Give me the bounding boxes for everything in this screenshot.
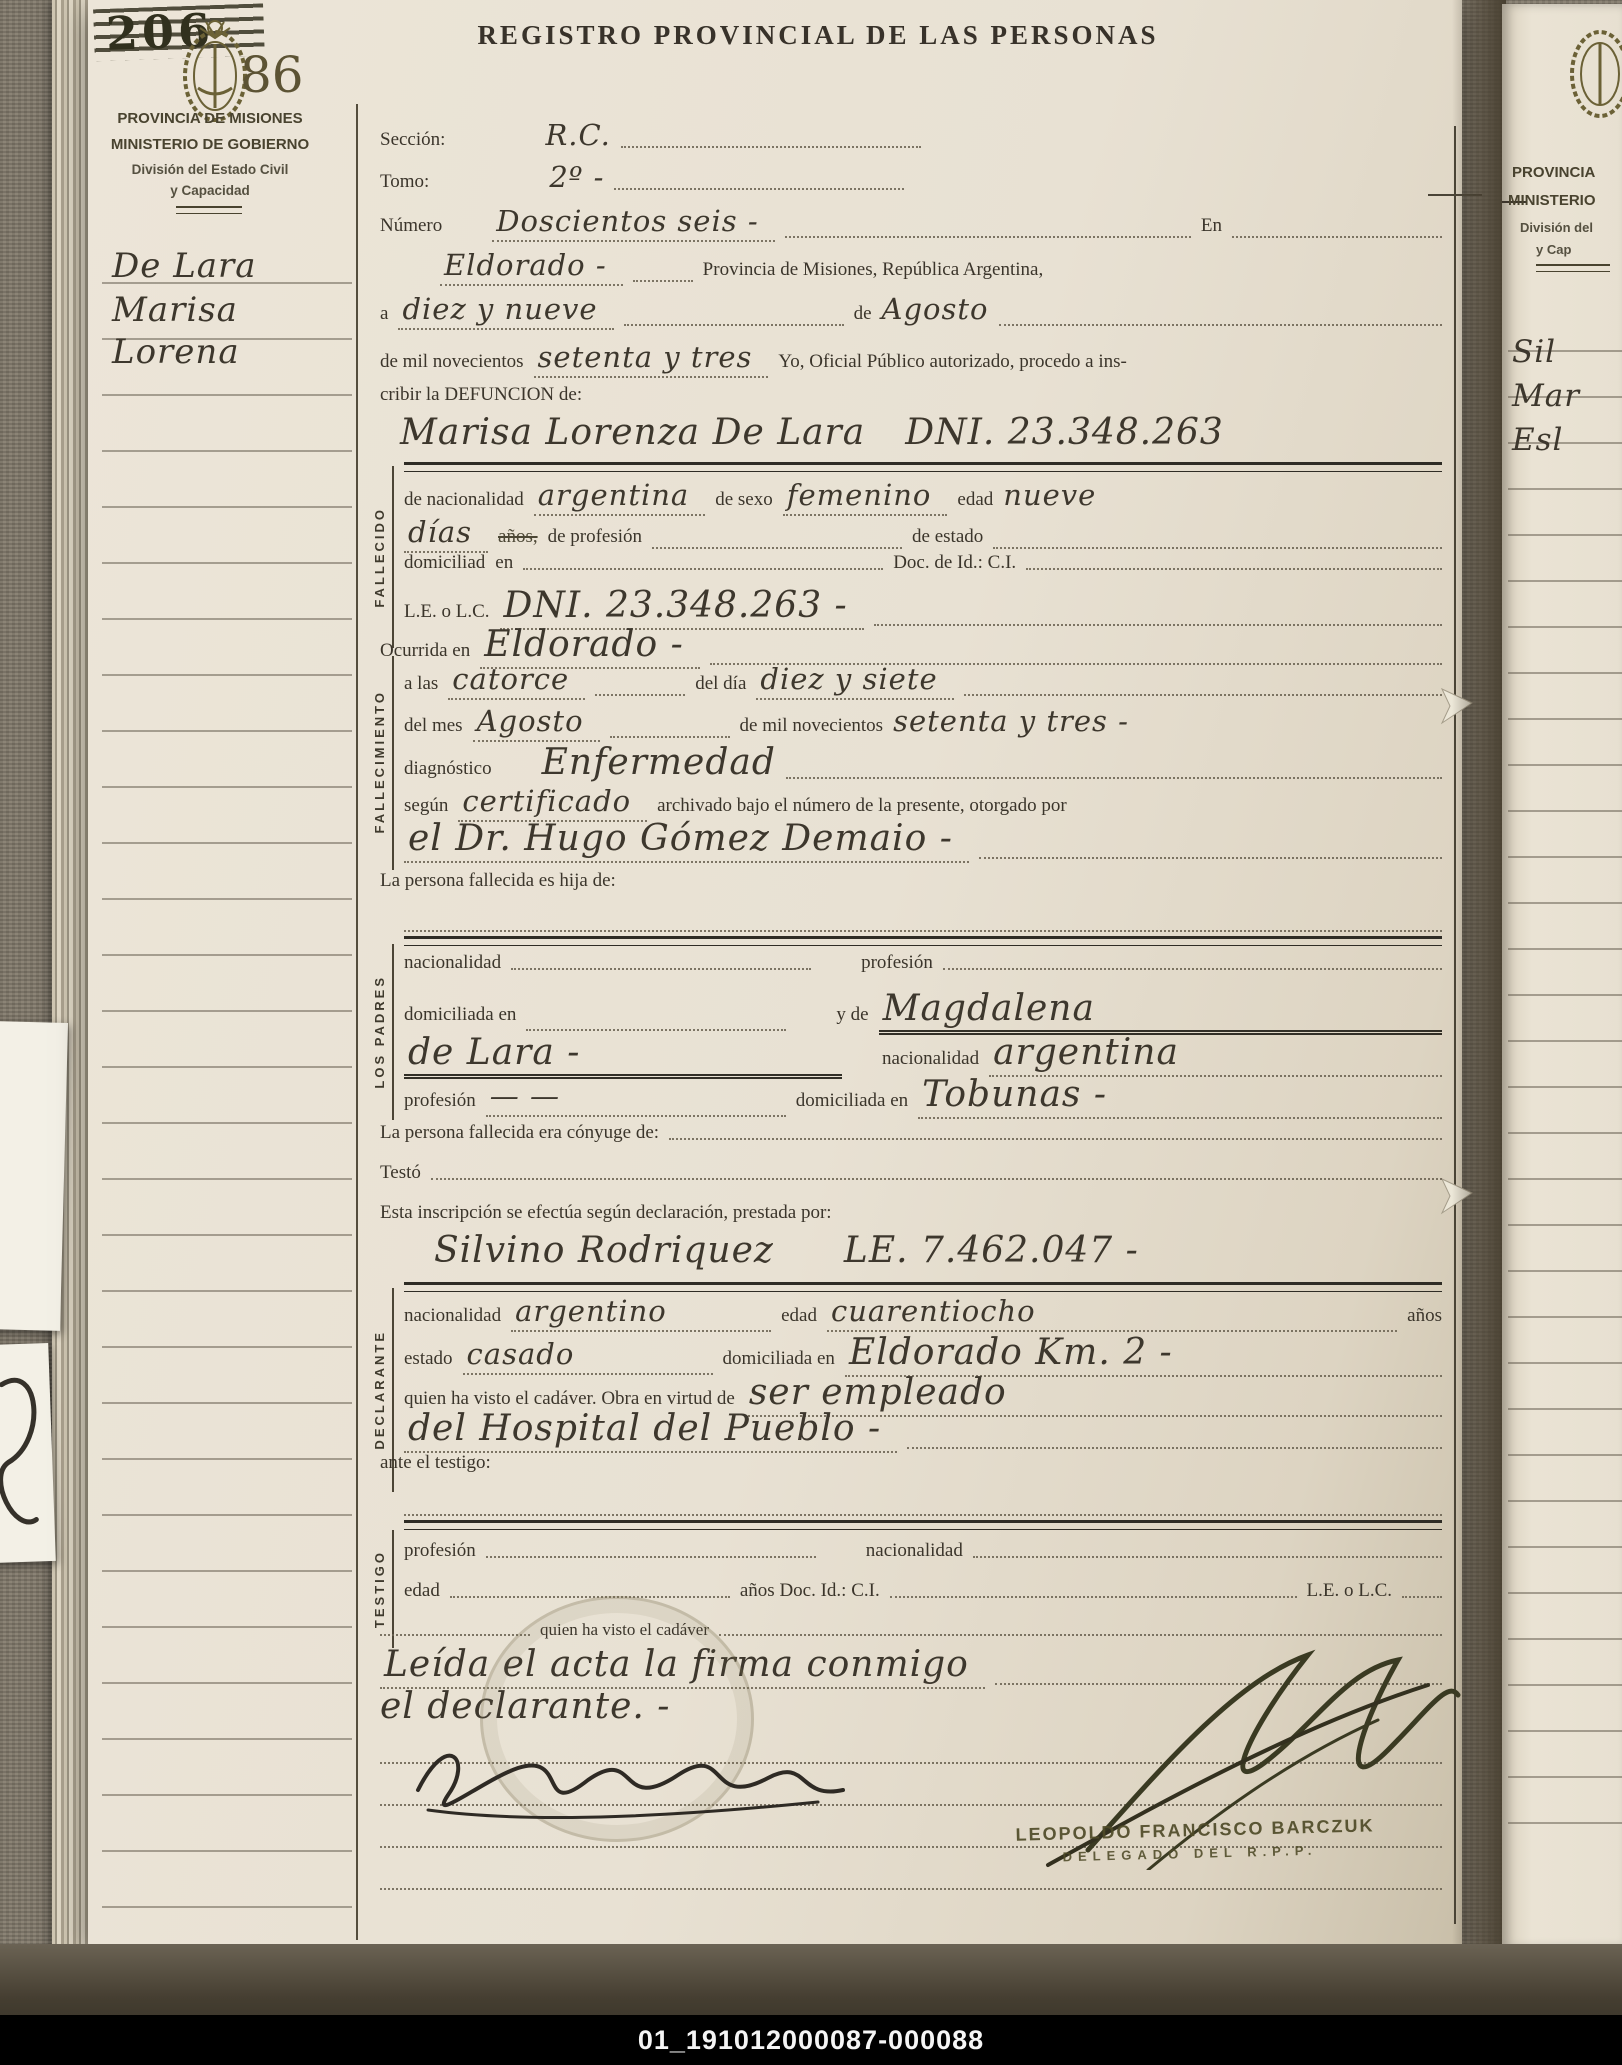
dotted-line <box>979 857 1442 859</box>
archive-line: archivado bajo el número de la presente,… <box>657 795 1067 817</box>
hija-line: La persona fallecida es hija de: <box>380 870 616 892</box>
estado-label: de estado <box>912 526 983 548</box>
margin-ruled-lines <box>102 228 352 1928</box>
margin-middlename: Lorena <box>112 332 352 372</box>
country-line: Provincia de Misiones, República Argenti… <box>703 259 1044 281</box>
witness-profession-label: profesión <box>404 1540 476 1562</box>
row-declarant-nat-age: nacionalidad argentino edad cuarentiocho… <box>404 1294 1442 1332</box>
dotted-line <box>511 968 811 970</box>
dotted-line <box>621 146 921 148</box>
hour-value: catorce <box>448 662 585 700</box>
ante-testigo-line: ante el testigo: <box>380 1452 491 1474</box>
dotted-line <box>973 1556 1442 1558</box>
deceased-name: Marisa Lorenza De Lara <box>400 412 865 453</box>
rp-ministry: MINISTERIO <box>1508 192 1596 209</box>
declarant-name: Silvino Rodriquez <box>434 1230 774 1271</box>
nationality-value: argentina <box>534 478 705 516</box>
witness-age-label: edad <box>404 1580 440 1602</box>
row-deceased-name: Marisa Lorenza De Lara DNI. 23.348.263 <box>380 412 1442 453</box>
row-ante-testigo: ante el testigo: <box>380 1452 1442 1474</box>
declarant-anos-label: años <box>1407 1305 1442 1327</box>
row-date: a diez y nueve de Agosto <box>380 292 1442 330</box>
domicile-label: domiciliad <box>404 552 485 574</box>
month-value: Agosto <box>882 292 989 326</box>
witness-doc-label: años Doc. Id.: C.I. <box>740 1580 880 1602</box>
witness-nationality-label: nacionalidad <box>866 1540 963 1562</box>
row-declaration-intro: Esta inscripción se efectúa según declar… <box>380 1202 1442 1224</box>
deceased-dni: DNI. 23.348.263 <box>905 412 1224 453</box>
age-value: nueve <box>1003 478 1096 512</box>
row-inscribe: cribir la DEFUNCION de: <box>380 384 1442 406</box>
row-month-year: del mes Agosto de mil novecientos setent… <box>404 704 1442 742</box>
dotted-line <box>614 188 904 190</box>
declarant-nationality-label: nacionalidad <box>404 1305 501 1327</box>
paper-scrap <box>0 1021 68 1331</box>
city-value: Eldorado - <box>440 248 623 286</box>
mother-domicile-value: Tobunas - <box>918 1074 1442 1119</box>
testigo-label: TESTIGO <box>373 1550 386 1628</box>
father-nationality-label: nacionalidad <box>404 952 501 974</box>
numero-label: Número <box>380 215 442 237</box>
doctor-value: el Dr. Hugo Gómez Demaio - <box>404 818 969 863</box>
province-line: PROVINCIA DE MISIONES <box>94 110 326 127</box>
los-padres-label: LOS PADRES <box>373 975 386 1089</box>
dotted-line <box>907 1447 1442 1449</box>
row-declarant-name: Silvino Rodriquez LE. 7.462.047 - <box>404 1230 1442 1271</box>
dotted-line <box>652 547 902 549</box>
delmes-label: del mes <box>404 715 463 737</box>
section-bracket <box>392 466 394 648</box>
declarant-estado-value: casado <box>463 1337 713 1375</box>
section-los-padres: LOS PADRES <box>368 948 390 1116</box>
row-seccion: Sección: R.C. <box>380 118 1442 152</box>
declarant-age-value: cuarentiocho <box>827 1294 1397 1332</box>
dotted-line <box>624 324 844 326</box>
scanned-death-register: REGISTRO PROVINCIAL DE LAS PERSONAS 206 … <box>0 0 1622 2065</box>
dotted-line <box>595 694 685 696</box>
rp-province: PROVINCIA <box>1512 164 1595 181</box>
section-bracket <box>392 656 394 870</box>
mother-profession-label: profesión <box>404 1090 476 1112</box>
mother-surname: de Lara - <box>404 1032 842 1079</box>
register-page: REGISTRO PROVINCIAL DE LAS PERSONAS 206 … <box>88 0 1462 1944</box>
declarant-age-label: edad <box>781 1305 817 1327</box>
ruled-line <box>380 1888 1442 1890</box>
mother-domicile-label: domiciliada en <box>796 1090 908 1112</box>
dotted-line <box>633 280 693 282</box>
row-tomo: Tomo: 2º - <box>380 160 1442 194</box>
row-domicile-doc: domiciliad en Doc. de Id.: C.I. <box>404 552 1442 574</box>
division-line-2: y Capacidad <box>94 183 326 198</box>
seccion-value: R.C. <box>545 118 610 152</box>
org-underline <box>176 206 242 214</box>
declaration-intro-line: Esta inscripción se efectúa según declar… <box>380 1202 832 1224</box>
yde-label: y de <box>836 1004 868 1026</box>
dotted-line <box>943 968 1442 970</box>
rp-underline <box>1536 264 1610 272</box>
dotted-line <box>610 736 730 738</box>
dotted-line <box>719 1634 1442 1636</box>
father-profession-label: profesión <box>861 952 933 974</box>
row-hour-day: a las catorce del día diez y siete <box>404 662 1442 700</box>
tomo-label: Tomo: <box>380 171 429 193</box>
profession-label: de profesión <box>548 526 642 548</box>
father-rule <box>404 936 1442 946</box>
binding-shadow <box>1452 0 1506 1952</box>
row-doctor: el Dr. Hugo Gómez Demaio - <box>404 818 1442 863</box>
dotted-line <box>431 1178 1442 1180</box>
dotted-line <box>993 547 1442 549</box>
declarante-label: DECLARANTE <box>373 1330 386 1450</box>
declarant-domicile-label: domiciliada en <box>723 1348 835 1370</box>
conyuge-line: La persona fallecida era cónyuge de: <box>380 1122 659 1144</box>
age-label: edad <box>957 489 993 511</box>
diagnosis-value: Enfermedad <box>542 742 776 783</box>
scan-reference-code: 01_191012000087-000088 <box>638 2025 984 2056</box>
inscribe-line: cribir la DEFUNCION de: <box>380 384 582 406</box>
dotted-line <box>890 1596 1297 1598</box>
nationality-label: de nacionalidad <box>404 489 524 511</box>
death-year-value: setenta y tres - <box>893 704 1129 738</box>
anos-struck-label: años, <box>498 526 538 548</box>
witness-blank-line <box>404 1514 1442 1516</box>
year-value: setenta y tres <box>534 340 769 378</box>
row-witness-prof-nat: profesión nacionalidad <box>404 1540 1442 1562</box>
doc-id-label: Doc. de Id.: C.I. <box>893 552 1016 574</box>
en-label: En <box>1201 215 1222 237</box>
dotted-line <box>1232 236 1442 238</box>
section-fallecido: FALLECIDO <box>368 470 390 645</box>
dotted-line <box>526 1029 786 1031</box>
row-testo: Testó <box>380 1162 1442 1184</box>
rp-division-2: y Cap <box>1536 242 1571 257</box>
declarant-rule <box>404 1282 1442 1292</box>
alas-label: a las <box>404 673 438 695</box>
de-label: de <box>854 303 872 325</box>
seccion-label: Sección: <box>380 129 445 151</box>
division-line-1: División del Estado Civil <box>94 162 326 177</box>
dotted-line <box>964 694 1442 696</box>
death-year-label: de mil novecientos <box>740 715 884 737</box>
row-declarant-estado-dom: estado casado domiciliada en Eldorado Km… <box>404 1332 1442 1377</box>
rp-margin-name-1: Sil <box>1512 334 1556 370</box>
declarant-nationality-value: argentino <box>511 1294 771 1332</box>
dotted-line <box>786 777 1442 779</box>
coat-of-arms-partial <box>1550 18 1622 122</box>
row-certificate: según certificado archivado bajo el núme… <box>404 784 1442 822</box>
row-numero: Número Doscientos seis - En <box>380 204 1442 242</box>
dotted-line <box>486 1556 816 1558</box>
row-declarant-reason2: del Hospital del Pueblo - <box>404 1408 1442 1453</box>
mother-nationality-value: argentina <box>989 1032 1442 1077</box>
rp-ruled-lines <box>1508 306 1622 1866</box>
father-blank-line <box>404 930 1442 932</box>
fallecimiento-label: FALLECIMIENTO <box>373 690 386 833</box>
tomo-value: 2º - <box>549 160 604 194</box>
le-lc-label: L.E. o L.C. <box>404 601 490 623</box>
sex-value: femenino <box>783 478 948 516</box>
declarant-domicile-value: Eldorado Km. 2 - <box>845 1332 1442 1377</box>
row-age-unit-profession: días años, de profesión de estado <box>404 515 1442 553</box>
deldia-label: del día <box>695 673 746 695</box>
margin-surname: De Lara <box>112 246 352 286</box>
officer-line: Yo, Oficial Público autorizado, procedo … <box>778 351 1126 373</box>
row-year: de mil novecientos setenta y tres Yo, Of… <box>380 340 1442 378</box>
a-label: a <box>380 303 388 325</box>
row-conyuge: La persona fallecida era cónyuge de: <box>380 1122 1442 1144</box>
mother-nationality-label: nacionalidad <box>882 1048 979 1070</box>
mother-profession-dash: — — <box>486 1079 786 1117</box>
dotted-line <box>380 1634 530 1636</box>
section-bracket <box>392 944 394 1120</box>
death-day-value: diez y siete <box>756 662 953 700</box>
row-place: Eldorado - Provincia de Misiones, Repúbl… <box>380 248 1442 286</box>
next-register-page: PROVINCIA MINISTERIO División del y Cap … <box>1502 4 1622 1948</box>
ink-flourish <box>0 1343 56 1563</box>
page-title: REGISTRO PROVINCIAL DE LAS PERSONAS <box>368 20 1268 51</box>
sex-label: de sexo <box>715 489 773 511</box>
segun-label: según <box>404 795 448 817</box>
name-rule <box>404 462 1442 472</box>
age-unit-value: días <box>404 515 488 553</box>
row-mother-surname: de Lara - nacionalidad argentina <box>404 1032 1442 1079</box>
declarant-reason-2: del Hospital del Pueblo - <box>404 1408 897 1453</box>
mother-firstname: Magdalena <box>879 988 1442 1035</box>
scan-footer-bar: 01_191012000087-000088 <box>0 2015 1622 2065</box>
row-hija-de: La persona fallecida es hija de: <box>380 870 1442 892</box>
certificate-value: certificado <box>458 784 647 822</box>
declarant-visto-line: quien ha visto el cadáver. Obra en virtu… <box>404 1388 735 1410</box>
dotted-line <box>669 1138 1442 1140</box>
ministry-line: MINISTERIO DE GOBIERNO <box>94 136 326 153</box>
numero-value: Doscientos seis - <box>492 204 774 242</box>
row-nationality-sex-age: de nacionalidad argentina de sexo femeni… <box>404 478 1442 516</box>
witness-rule <box>404 1520 1442 1530</box>
row-witness-age-doc: edad años Doc. Id.: C.I. L.E. o L.C. <box>404 1580 1442 1602</box>
en-label: en <box>495 552 513 574</box>
page-stack-edges <box>52 0 90 1952</box>
rp-division-1: División del <box>1520 220 1593 235</box>
section-fallecimiento: FALLECIMIENTO <box>368 658 390 866</box>
margin-firstname: Marisa <box>112 290 352 330</box>
folio-number: 86 <box>240 46 304 104</box>
dotted-line <box>523 568 883 570</box>
row-mother-name: domiciliada en y de Magdalena <box>404 988 1442 1035</box>
rp-margin-name-2: Mar <box>1512 378 1580 414</box>
declarant-le: LE. 7.462.047 - <box>844 1230 1139 1271</box>
rp-margin-name-3: Esl <box>1512 422 1563 458</box>
paper-scrap-with-mark <box>0 1343 56 1563</box>
dotted-line <box>1026 568 1442 570</box>
dotted-line <box>1402 1596 1442 1598</box>
margin-divider <box>356 104 358 1940</box>
day-value: diez y nueve <box>398 292 613 330</box>
testo-label: Testó <box>380 1162 421 1184</box>
declarant-estado-label: estado <box>404 1348 453 1370</box>
row-father-nat-prof: nacionalidad profesión <box>404 952 1442 974</box>
witness-le-label: L.E. o L.C. <box>1307 1580 1393 1602</box>
fallecido-label: FALLECIDO <box>373 507 386 608</box>
year-label: de mil novecientos <box>380 351 524 373</box>
row-mother-prof-dom: profesión — — domiciliada en Tobunas - <box>404 1074 1442 1119</box>
row-diagnosis: diagnóstico Enfermedad <box>404 742 1442 783</box>
diagnosis-label: diagnóstico <box>404 758 492 780</box>
father-domicile-label: domiciliada en <box>404 1004 516 1026</box>
death-month-value: Agosto <box>473 704 600 742</box>
